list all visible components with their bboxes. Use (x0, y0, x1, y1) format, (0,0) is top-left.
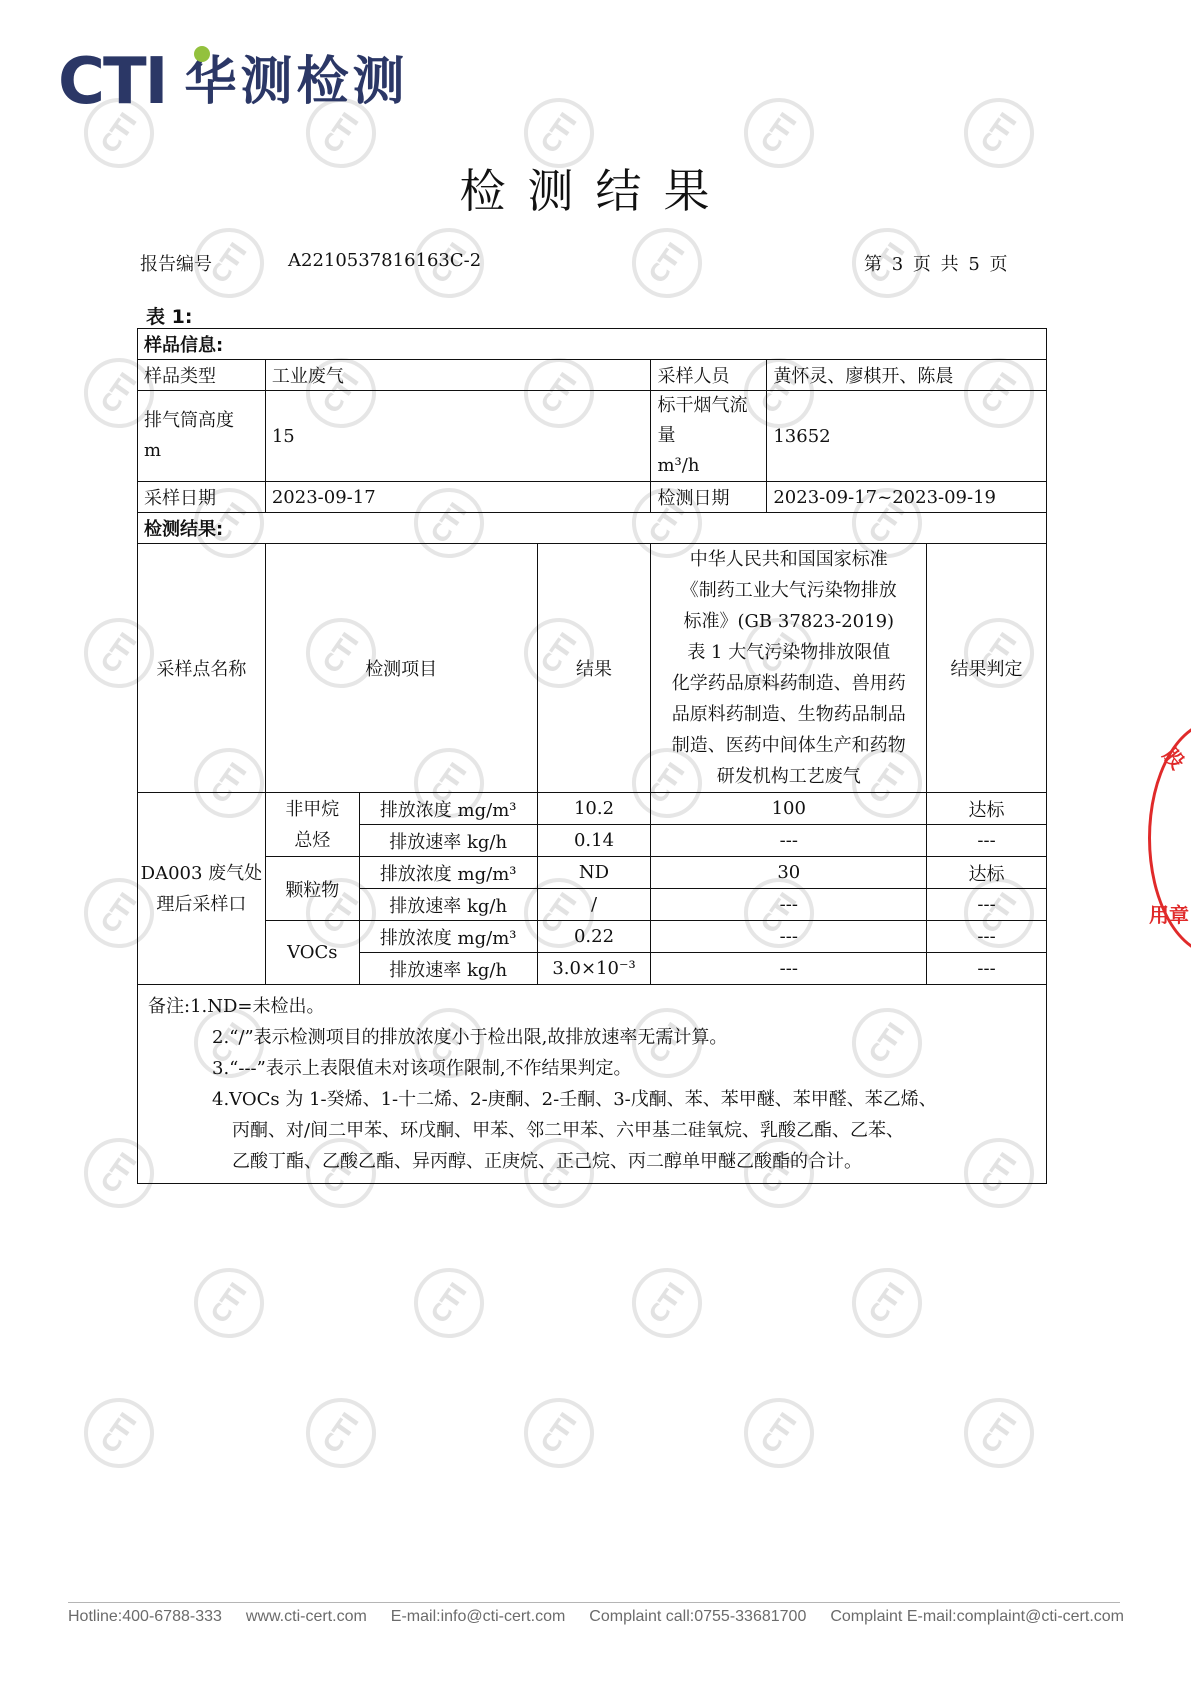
logo-brand: CTI (58, 50, 166, 114)
note-item: 3.“---”表示上表限值未对该项作限制,不作结果判定。 (148, 1053, 1036, 1084)
sample-info-header-row: 样品信息: (138, 329, 1047, 360)
results-table: 样品信息: 样品类型 工业废气 采样人员 黄怀灵、廖棋开、陈晨 排气筒高度 m … (137, 328, 1047, 1184)
header-result: 结果 (537, 544, 651, 793)
logo-company-name: 华测检测 (184, 50, 408, 114)
notes-row: 备注:1.ND=未检出。 2.“/”表示检测项目的排放浓度小于检出限,故排放速率… (138, 985, 1047, 1184)
results-title: 检测结果: (138, 513, 1047, 544)
sample-info-row: 采样日期 2023-09-17 检测日期 2023-09-17~2023-09-… (138, 482, 1047, 513)
sampling-point-name: DA003 废气处理后采样口 (138, 793, 266, 985)
cti-watermark-icon: CTI (730, 1384, 827, 1481)
footer-hotline: Hotline:400-6788-333 (68, 1608, 222, 1626)
standard-line: 《制药工业大气污染物排放 (653, 575, 924, 606)
sample-info-row: 样品类型 工业废气 采样人员 黄怀灵、廖棋开、陈晨 (138, 360, 1047, 391)
limit-value: 100 (651, 793, 927, 825)
notes: 备注:1.ND=未检出。 2.“/”表示检测项目的排放浓度小于检出限,故排放速率… (138, 985, 1047, 1184)
cti-watermark-icon: CTI (510, 1384, 607, 1481)
stamp-text-bottom: 用章 (1149, 899, 1189, 928)
test-parameter: 排放浓度 mg/m³ (359, 793, 537, 825)
sampler-value: 黄怀灵、廖棋开、陈晨 (767, 360, 1047, 391)
footer-complaint-call: Complaint call:0755-33681700 (589, 1608, 806, 1626)
stack-height-value: 15 (265, 391, 651, 482)
logo-brand-text: CTI (58, 45, 166, 119)
sample-type-label: 样品类型 (138, 360, 266, 391)
result-value: ND (537, 857, 651, 889)
flow-rate-unit: m³/h (657, 451, 760, 481)
test-item-group: 非甲烷 总烃 (265, 793, 359, 857)
results-column-header-row: 采样点名称 检测项目 结果 中华人民共和国国家标准 《制药工业大气污染物排放 标… (138, 544, 1047, 793)
standard-line: 表 1 大气污染物排放限值 (653, 637, 924, 668)
report-number-label: 报告编号 (140, 250, 212, 276)
standard-line: 制造、医药中间体生产和药物 (653, 730, 924, 761)
stack-height-unit: m (144, 436, 259, 466)
cti-watermark-icon: CTI (950, 1384, 1047, 1481)
stack-height-label-text: 排气筒高度 (144, 406, 259, 436)
note-item: 乙酸丁酯、乙酸乙酯、异丙醇、正庚烷、正己烷、丙二醇单甲醚乙酸酯的合计。 (148, 1146, 1036, 1177)
limit-value: --- (651, 889, 927, 921)
note-item: 4.VOCs 为 1-癸烯、1-十二烯、2-庚酮、2-壬酮、3-戊酮、苯、苯甲醚… (148, 1084, 1036, 1115)
sampling-date-label: 采样日期 (138, 482, 266, 513)
cti-watermark-icon: CTI (292, 1384, 389, 1481)
limit-value: --- (651, 825, 927, 857)
note-item: 2.“/”表示检测项目的排放浓度小于检出限,故排放速率无需计算。 (148, 1022, 1036, 1053)
result-value: / (537, 889, 651, 921)
stamp-text-top: 股 (1157, 741, 1191, 775)
result-value: 0.14 (537, 825, 651, 857)
footer-website[interactable]: www.cti-cert.com (246, 1608, 367, 1626)
test-parameter: 排放速率 kg/h (359, 889, 537, 921)
flow-rate-label: 标干烟气流量 m³/h (651, 391, 767, 482)
header-sampling-point: 采样点名称 (138, 544, 266, 793)
sampler-label: 采样人员 (651, 360, 767, 391)
document-title: 检测结果 (0, 155, 1191, 221)
test-parameter: 排放速率 kg/h (359, 953, 537, 985)
sample-info-row: 排气筒高度 m 15 标干烟气流量 m³/h 13652 (138, 391, 1047, 482)
result-value: 0.22 (537, 921, 651, 953)
test-date-value: 2023-09-17~2023-09-19 (767, 482, 1047, 513)
table-row: DA003 废气处理后采样口 非甲烷 总烃 排放浓度 mg/m³ 10.2 10… (138, 793, 1047, 825)
judgement-value: 达标 (927, 857, 1047, 889)
judgement-value: --- (927, 889, 1047, 921)
logo-dot-icon (194, 46, 210, 62)
cti-watermark-icon: CTI (180, 1254, 277, 1351)
test-parameter: 排放浓度 mg/m³ (359, 921, 537, 953)
header-standard: 中华人民共和国国家标准 《制药工业大气污染物排放 标准》(GB 37823-20… (651, 544, 927, 793)
test-date-label: 检测日期 (651, 482, 767, 513)
stack-height-label: 排气筒高度 m (138, 391, 266, 482)
standard-line: 品原料药制造、生物药品制品 (653, 699, 924, 730)
footer-divider (68, 1602, 1120, 1603)
test-parameter: 排放浓度 mg/m³ (359, 857, 537, 889)
results-header-row: 检测结果: (138, 513, 1047, 544)
company-logo: CTI 华测检测 (58, 50, 408, 114)
test-item-group: 颗粒物 (265, 857, 359, 921)
limit-value: 30 (651, 857, 927, 889)
test-parameter: 排放速率 kg/h (359, 825, 537, 857)
cti-watermark-icon: CTI (70, 1384, 167, 1481)
header-test-item: 检测项目 (265, 544, 537, 793)
cti-watermark-icon: CTI (400, 1254, 497, 1351)
footer: Hotline:400-6788-333 www.cti-cert.com E-… (68, 1608, 1124, 1626)
cti-watermark-icon: CTI (838, 1254, 935, 1351)
result-value: 3.0×10⁻³ (537, 953, 651, 985)
standard-line: 标准》(GB 37823-2019) (653, 606, 924, 637)
sampling-date-value: 2023-09-17 (265, 482, 651, 513)
note-item: 1.ND=未检出。 (190, 996, 324, 1017)
report-number: A2210537816163C-2 (288, 250, 481, 271)
standard-line: 研发机构工艺废气 (653, 761, 924, 792)
flow-rate-value: 13652 (767, 391, 1047, 482)
standard-line: 中华人民共和国国家标准 (653, 544, 924, 575)
result-value: 10.2 (537, 793, 651, 825)
test-item-name: 总烃 (272, 825, 353, 856)
footer-complaint-email[interactable]: Complaint E-mail:complaint@cti-cert.com (830, 1608, 1124, 1626)
test-item-group: VOCs (265, 921, 359, 985)
limit-value: --- (651, 921, 927, 953)
company-seal-stamp: 股 用章 (1148, 720, 1191, 956)
notes-label: 备注: (148, 996, 190, 1017)
cti-watermark-icon: CTI (618, 1254, 715, 1351)
note-item: 丙酮、对/间二甲苯、环戊酮、甲苯、邻二甲苯、六甲基二硅氧烷、乳酸乙酯、乙苯、 (148, 1115, 1036, 1146)
table-row: VOCs 排放浓度 mg/m³ 0.22 --- --- (138, 921, 1047, 953)
header-judgement: 结果判定 (927, 544, 1047, 793)
cti-watermark-icon: CTI (618, 214, 715, 311)
test-item-name: 非甲烷 (272, 794, 353, 825)
sample-type-value: 工业废气 (265, 360, 651, 391)
limit-value: --- (651, 953, 927, 985)
table-row: 颗粒物 排放浓度 mg/m³ ND 30 达标 (138, 857, 1047, 889)
page-info: 第 3 页 共 5 页 (864, 250, 1010, 276)
flow-rate-label-text: 标干烟气流量 (657, 391, 760, 451)
judgement-value: 达标 (927, 793, 1047, 825)
sample-info-title: 样品信息: (138, 329, 1047, 360)
footer-email[interactable]: E-mail:info@cti-cert.com (391, 1608, 566, 1626)
table-caption: 表 1: (146, 302, 192, 329)
judgement-value: --- (927, 953, 1047, 985)
test-item-name: VOCs (272, 942, 353, 963)
judgement-value: --- (927, 921, 1047, 953)
judgement-value: --- (927, 825, 1047, 857)
test-item-name: 颗粒物 (272, 876, 353, 902)
standard-line: 化学药品原料药制造、兽用药 (653, 668, 924, 699)
